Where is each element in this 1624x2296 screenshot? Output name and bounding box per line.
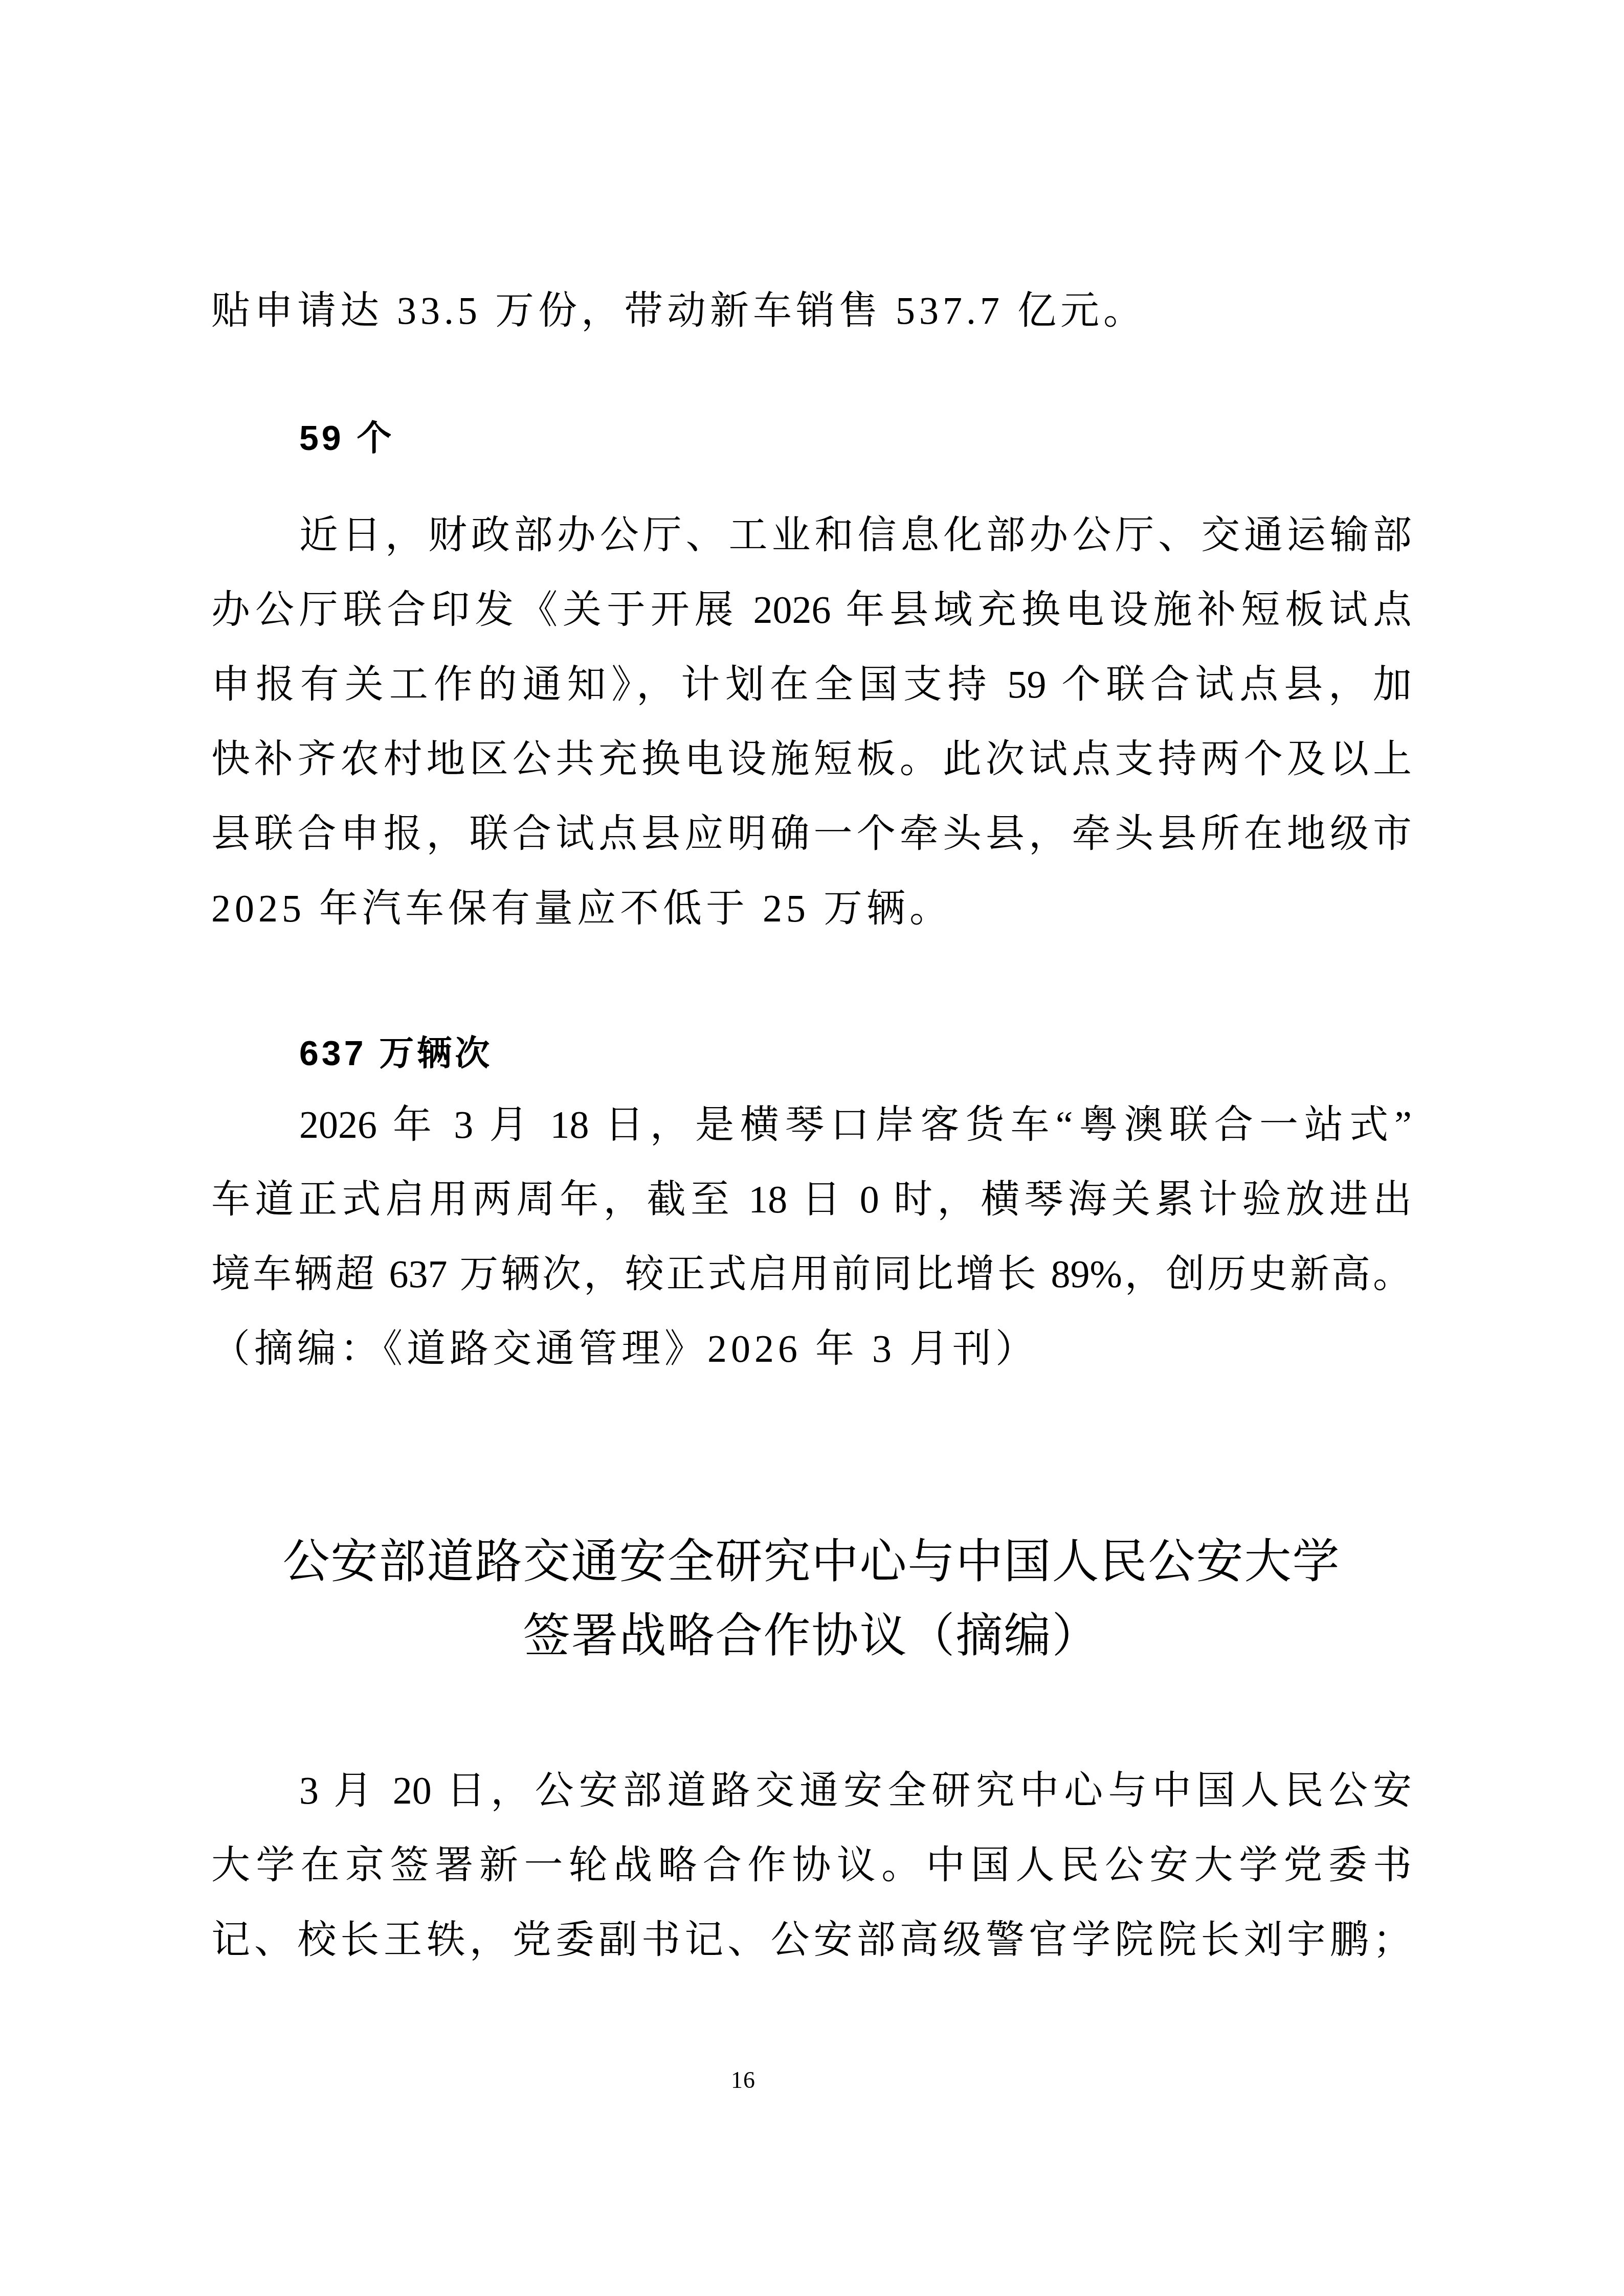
text-line: 境车辆超 637 万辆次，较正式启用前同比增长 89%，创历史新高。	[211, 1237, 1412, 1312]
section-59-paragraph: 近日，财政部办公厅、工业和信息化部办公厅、交通运输部 办公厅联合印发《关于开展 …	[211, 498, 1412, 946]
article-paragraph: 3 月 20 日，公安部道路交通安全研究中心与中国人民公安 大学在京签署新一轮战…	[211, 1753, 1412, 1977]
text-line: 2026 年 3 月 18 日，是横琴口岸客货车“粤澳联合一站式”	[211, 1088, 1412, 1162]
article-title: 公安部道路交通安全研究中心与中国人民公安大学 签署战略合作协议（摘编）	[211, 1525, 1412, 1673]
text-line: 车道正式启用两周年，截至 18 日 0 时，横琴海关累计验放进出	[211, 1162, 1412, 1237]
section-637: 637 万辆次	[211, 1016, 1412, 1091]
text-line: 3 月 20 日，公安部道路交通安全研究中心与中国人民公安	[211, 1753, 1412, 1828]
section-637-paragraph: 2026 年 3 月 18 日，是横琴口岸客货车“粤澳联合一站式” 车道正式启用…	[211, 1088, 1412, 1386]
source-note-line: （摘编：《道路交通管理》2026 年 3 月刊）	[211, 1312, 1412, 1386]
text-line: 县联合申报，联合试点县应明确一个牵头县，牵头县所在地级市	[211, 797, 1412, 871]
section-heading: 637 万辆次	[211, 1016, 1412, 1091]
paragraph-continuation: 贴申请达 33.5 万份，带动新车销售 537.7 亿元。	[211, 274, 1412, 348]
text-line: 大学在京签署新一轮战略合作协议。中国人民公安大学党委书	[211, 1828, 1412, 1903]
text-line: 快补齐农村地区公共充换电设施短板。此次试点支持两个及以上	[211, 722, 1412, 797]
page-number: 16	[641, 2067, 846, 2094]
section-heading: 59 个	[211, 401, 1412, 476]
text-line: 记、校长王轶，党委副书记、公安部高级警官学院院长刘宇鹏；	[211, 1903, 1412, 1977]
document-page: 贴申请达 33.5 万份，带动新车销售 537.7 亿元。 59 个 近日，财政…	[0, 0, 1624, 2296]
section-59: 59 个	[211, 401, 1412, 476]
text-line: 贴申请达 33.5 万份，带动新车销售 537.7 亿元。	[211, 274, 1412, 348]
text-line: 近日，财政部办公厅、工业和信息化部办公厅、交通运输部	[211, 498, 1412, 573]
text-line: 2025 年汽车保有量应不低于 25 万辆。	[211, 871, 1412, 946]
text-line: 申报有关工作的通知》，计划在全国支持 59 个联合试点县，加	[211, 647, 1412, 722]
text-line: 办公厅联合印发《关于开展 2026 年县域充换电设施补短板试点	[211, 573, 1412, 647]
article-title-line: 公安部道路交通安全研究中心与中国人民公安大学	[211, 1525, 1412, 1599]
article-title-line: 签署战略合作协议（摘编）	[211, 1599, 1412, 1673]
